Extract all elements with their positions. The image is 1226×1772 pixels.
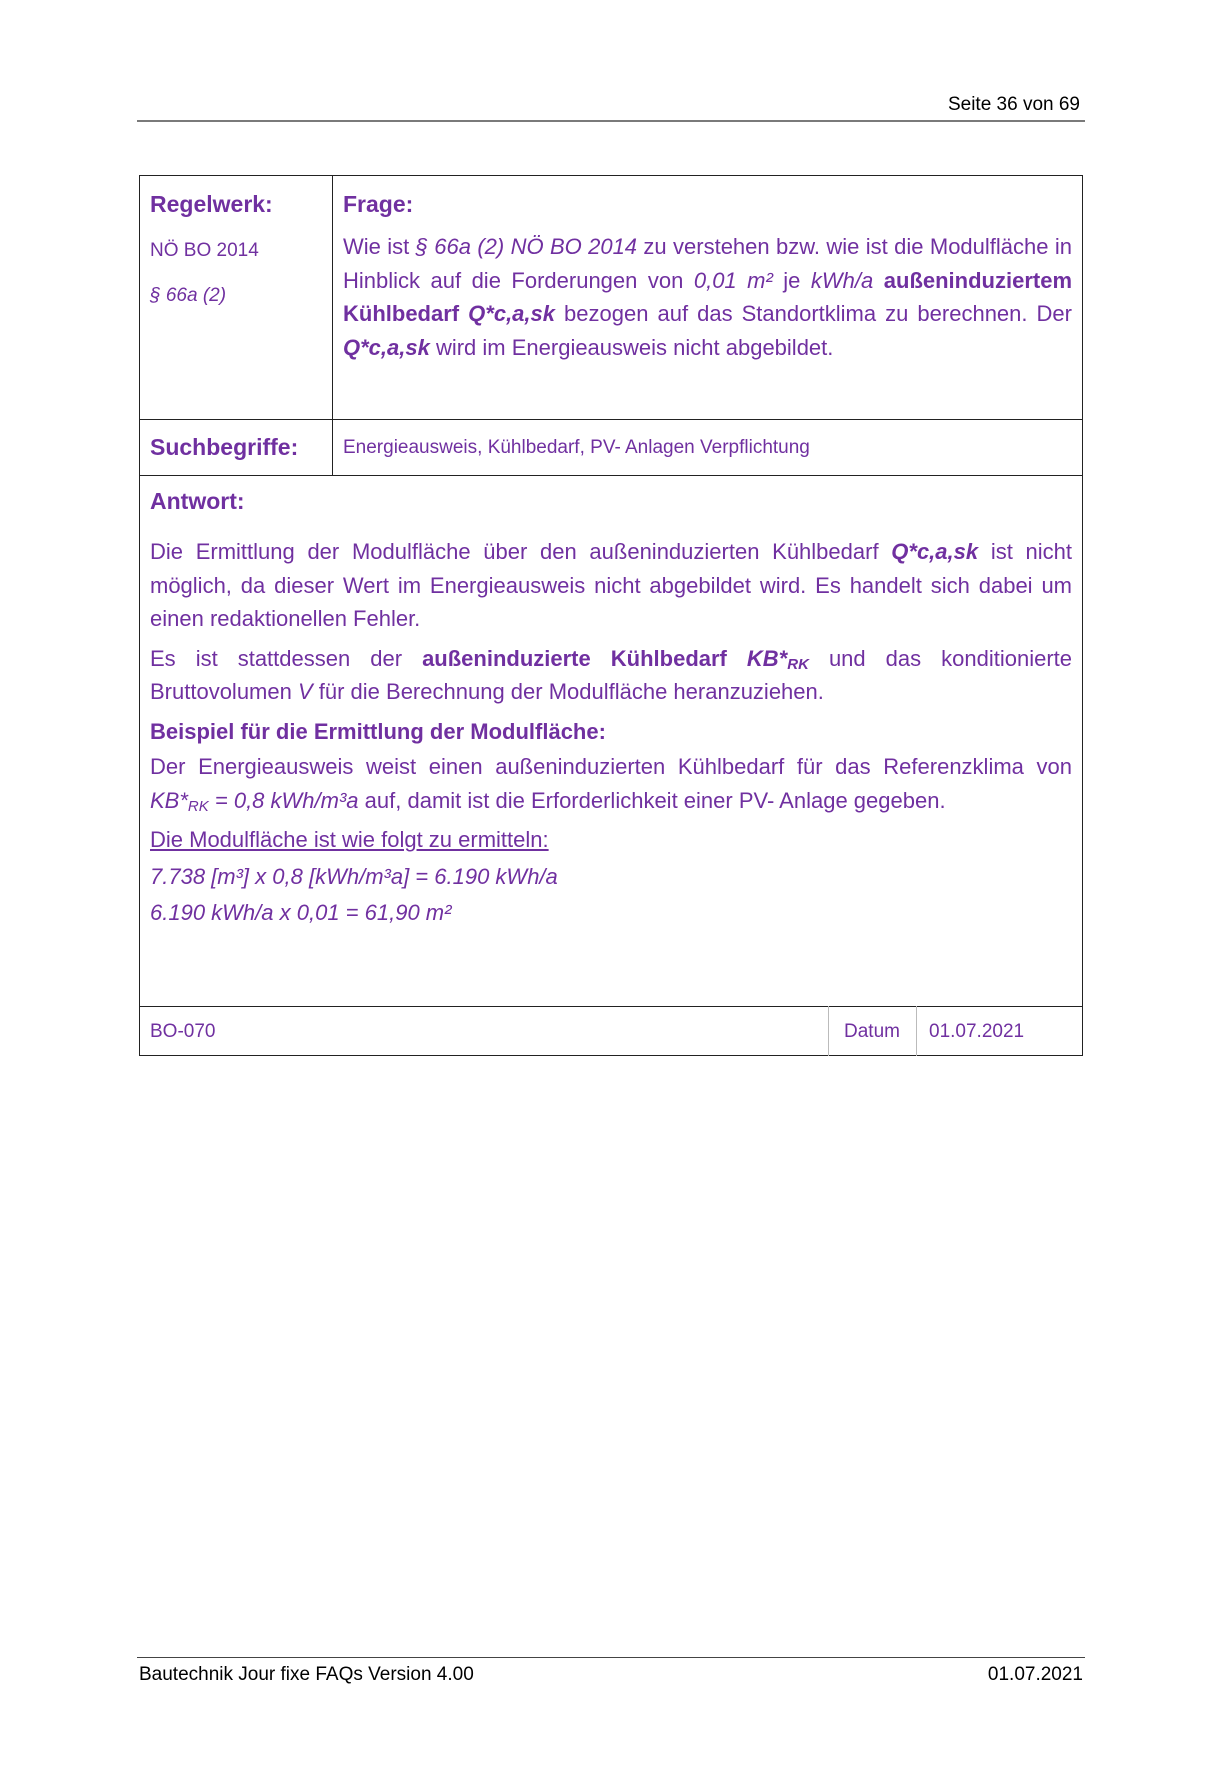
footer-title: Bautechnik Jour fixe FAQs Version 4.00 [139, 1664, 474, 1686]
regelwerk-paragraph: § 66a (2) [150, 285, 325, 307]
antwort-cell: Antwort: Die Ermittlung der Modulfläche … [150, 488, 1072, 930]
frage-label: Frage: [343, 191, 1072, 218]
faq-entry-table: Regelwerk: NÖ BO 2014 § 66a (2) Frage: W… [139, 175, 1083, 1056]
row-divider [140, 419, 1082, 420]
calc-line-2: 6.190 kWh/a x 0,01 = 61,90 m² [150, 896, 1072, 930]
footer-cell-divider [828, 1006, 829, 1056]
footer-divider [137, 1657, 1085, 1658]
antwort-paragraph-1: Die Ermittlung der Modulfläche über den … [150, 535, 1072, 636]
row-divider [140, 1006, 1082, 1007]
calc-line-1: 7.738 [m³] x 0,8 [kWh/m³a] = 6.190 kWh/a [150, 860, 1072, 894]
antwort-paragraph-2: Es ist stattdessen der außeninduzierte K… [150, 642, 1072, 709]
suchbegriffe-value: Energieausweis, Kühlbedarf, PV- Anlagen … [343, 437, 810, 459]
regelwerk-law: NÖ BO 2014 [150, 240, 325, 262]
antwort-paragraph-3: Der Energieausweis weist einen außenindu… [150, 750, 1072, 817]
frage-text: Wie ist § 66a (2) NÖ BO 2014 zu verstehe… [343, 230, 1072, 364]
frage-cell: Frage: Wie ist § 66a (2) NÖ BO 2014 zu v… [343, 191, 1072, 364]
datum-label: Datum [844, 1021, 900, 1043]
regelwerk-label: Regelwerk: [150, 191, 325, 218]
row-divider [140, 475, 1082, 476]
column-divider [332, 176, 333, 475]
suchbegriffe-label: Suchbegriffe: [150, 434, 298, 461]
calc-intro: Die Modulfläche ist wie folgt zu ermitte… [150, 823, 1072, 857]
footer-cell-divider [916, 1006, 917, 1056]
regelwerk-cell: Regelwerk: NÖ BO 2014 § 66a (2) [150, 191, 325, 307]
example-heading: Beispiel für die Ermittlung der Modulflä… [150, 715, 1072, 749]
entry-id: BO-070 [150, 1021, 215, 1043]
datum-value: 01.07.2021 [929, 1021, 1024, 1043]
page-number: Seite 36 von 69 [948, 94, 1080, 116]
footer-date: 01.07.2021 [988, 1664, 1083, 1686]
header-divider [137, 120, 1085, 122]
antwort-label: Antwort: [150, 488, 1072, 515]
